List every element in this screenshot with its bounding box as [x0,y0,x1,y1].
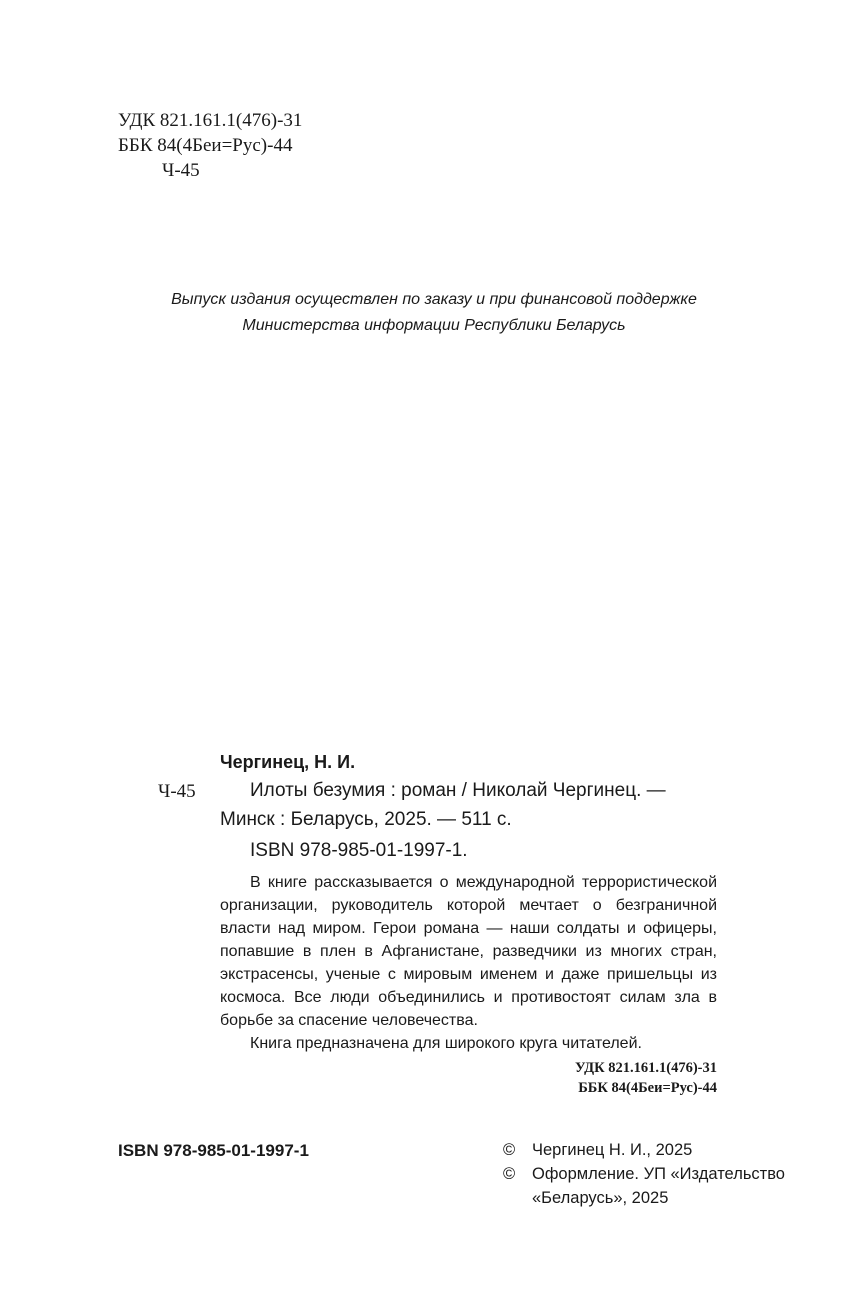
author-sign: Ч-45 [118,158,302,183]
card-title-line: Илоты безумия : роман / Николай Чергинец… [250,780,666,802]
copyright-icon: © [503,1162,532,1186]
annotation-paragraph-1: В книге рассказывается о международной т… [220,871,717,1032]
copyright-author: © Чергинец Н. И., 2025 [503,1138,785,1162]
copyright-icon: © [503,1138,532,1162]
copyright-block: © Чергинец Н. И., 2025 © Оформление. УП … [503,1138,785,1210]
card-udk-code: УДК 821.161.1(476)-31 [500,1058,717,1078]
sponsor-note: Выпуск издания осуществлен по заказу и п… [0,287,868,339]
header-classification-codes: УДК 821.161.1(476)-31 ББК 84(4Беи=Рус)-4… [118,108,302,183]
annotation-paragraph-2: Книга предназначена для широкого круга ч… [220,1032,717,1055]
card-bbk-code: ББК 84(4Беи=Рус)-44 [500,1078,717,1098]
bbk-code: ББК 84(4Беи=Рус)-44 [118,133,302,158]
card-classification-codes: УДК 821.161.1(476)-31 ББК 84(4Беи=Рус)-4… [500,1058,717,1098]
sponsor-line-1: Выпуск издания осуществлен по заказу и п… [0,287,868,313]
card-isbn-line: ISBN 978-985-01-1997-1. [250,840,468,862]
card-author: Чергинец, Н. И. [220,752,355,773]
udk-code: УДК 821.161.1(476)-31 [118,108,302,133]
copyright-design: © Оформление. УП «Издательство [503,1162,785,1186]
card-author-sign: Ч-45 [158,781,196,803]
footer-isbn: ISBN 978-985-01-1997-1 [118,1141,309,1161]
copyright-author-text: Чергинец Н. И., 2025 [532,1138,692,1162]
sponsor-line-2: Министерства информации Республики Белар… [0,313,868,339]
card-publication-line: Минск : Беларусь, 2025. — 511 с. [220,809,512,831]
copyright-design-continuation: «Беларусь», 2025 [503,1186,785,1210]
copyright-design-text: Оформление. УП «Издательство [532,1162,785,1186]
annotation: В книге рассказывается о международной т… [220,871,717,1055]
